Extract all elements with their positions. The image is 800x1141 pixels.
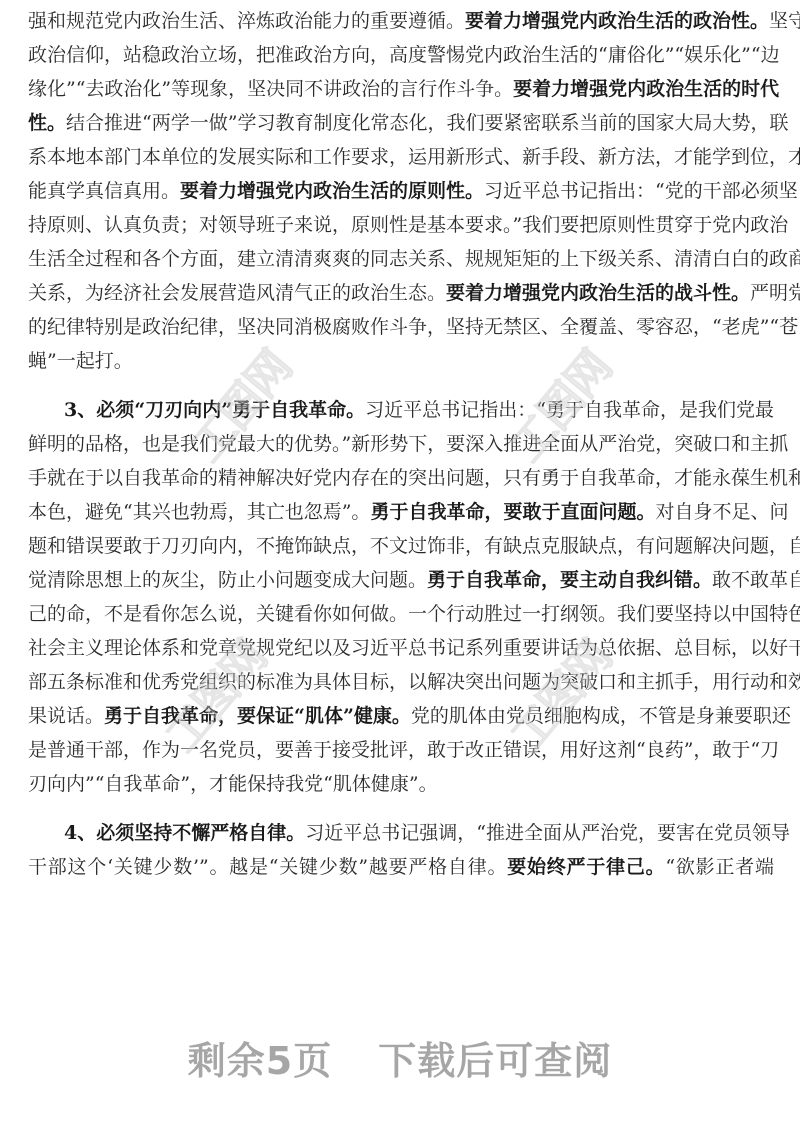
text-line: 能真学真信真用。要着力增强党内政治生活的原则性。习近平总书记指出：“党的干部必须… bbox=[28, 174, 774, 208]
body-text: 习近平总书记指出：“勇于自我革命，是我们党最 bbox=[365, 399, 774, 421]
body-text: 生活全过程和各个方面，建立清清爽爽的同志关系、规规矩矩的上下级关系、清清白白的政… bbox=[28, 248, 800, 270]
text-line: 己的命，不是看你怎么说，关键看你如何做。一个行动胜过一打纲领。我们要坚持以中国特… bbox=[28, 597, 774, 631]
body-text: 强和规范党内政治生活、淬炼政治能力的重要遵循。 bbox=[28, 10, 465, 32]
body-text: 手就在于以自我革命的精神解决好党内存在的突出问题，只有勇于自我革命，才能永葆生机… bbox=[28, 467, 800, 489]
body-text: 题和错误要敢于刀刃向内，不掩饰缺点，不文过饰非，有缺点克服缺点，有问题解决问题，… bbox=[28, 535, 800, 557]
body-text: 蝇”一起打。 bbox=[28, 350, 133, 372]
body-text: 部五条标准和优秀党组织的标准为具体目标，以解决突出问题为突破口和主抓手，用行动和… bbox=[28, 671, 800, 693]
text-line: 部五条标准和优秀党组织的标准为具体目标，以解决突出问题为突破口和主抓手，用行动和… bbox=[28, 665, 774, 699]
body-text: 觉清除思想上的灰尘，防止小问题变成大问题。 bbox=[28, 569, 427, 591]
bold-heading-text: 勇于自我革命，要敢于直面问题。 bbox=[370, 501, 655, 523]
text-line: 觉清除思想上的灰尘，防止小问题变成大问题。勇于自我革命，要主动自我纠错。敢不敢革… bbox=[28, 563, 774, 597]
text-line: 本色，避免“其兴也勃焉，其亡也忽焉”。勇于自我革命，要敢于直面问题。对自身不足、… bbox=[28, 495, 774, 529]
body-text: 结合推进“两学一做”学习教育制度化常态化，我们要紧密联系当前的国家大局大势，联 bbox=[66, 112, 788, 134]
body-text: 能真学真信真用。 bbox=[28, 180, 180, 202]
bold-heading-text: 勇于自我革命，要保证“肌体”健康。 bbox=[104, 705, 411, 727]
bold-heading-text: 要着力增强党内政治生活的原则性。 bbox=[180, 180, 484, 202]
bold-heading-text: 4、必须坚持不懈严格自律。 bbox=[64, 822, 305, 844]
document-body: 强和规范党内政治生活、淬炼政治能力的重要遵循。要着力增强党内政治生活的政治性。坚… bbox=[28, 4, 774, 884]
text-line: 3、必须“刀刃向内”勇于自我革命。习近平总书记指出：“勇于自我革命，是我们党最 bbox=[28, 393, 774, 427]
text-line: 生活全过程和各个方面，建立清清爽爽的同志关系、规规矩矩的上下级关系、清清白白的政… bbox=[28, 242, 774, 276]
body-text: 本色，避免“其兴也勃焉，其亡也忽焉”。 bbox=[28, 501, 370, 523]
text-line: 是普通干部，作为一名党员，要善于接受批评，敢于改正错误，用好这剂“良药”，敢于“… bbox=[28, 733, 774, 767]
body-text: 社会主义理论体系和党章党规党纪以及习近平总书记系列重要讲话为总依据、总目标，以好… bbox=[28, 637, 800, 659]
text-line: 蝇”一起打。 bbox=[28, 344, 774, 378]
body-text: 刃向内”“自我革命”，才能保持我党“肌体健康”。 bbox=[28, 773, 438, 795]
text-line: 关系，为经济社会发展营造风清气正的政治生态。要着力增强党内政治生活的战斗性。严明… bbox=[28, 276, 774, 310]
paragraph: 4、必须坚持不懈严格自律。习近平总书记强调，“推进全面从严治党，要害在党员领导干… bbox=[28, 816, 774, 884]
document-page: 强和规范党内政治生活、淬炼政治能力的重要遵循。要着力增强党内政治生活的政治性。坚… bbox=[0, 0, 800, 1141]
text-line: 持原则、认真负责；对领导班子来说，原则性是基本要求。”我们要把原则性贯穿于党内政… bbox=[28, 208, 774, 242]
body-text: 的纪律特别是政治纪律，坚决同消极腐败作斗争，坚持无禁区、全覆盖、零容忍，“老虎”… bbox=[28, 316, 798, 338]
text-line: 刃向内”“自我革命”，才能保持我党“肌体健康”。 bbox=[28, 767, 774, 801]
body-text: “欲影正者端 bbox=[665, 856, 774, 878]
bold-heading-text: 要着力增强党内政治生活的战斗性。 bbox=[446, 282, 750, 304]
body-text: 鲜明的品格，也是我们党最大的优势。”新形势下，要深入推进全面从严治党，突破口和主… bbox=[28, 433, 788, 455]
bold-heading-text: 要始终严于律己。 bbox=[507, 856, 665, 878]
text-line: 的纪律特别是政治纪律，坚决同消极腐败作斗争，坚持无禁区、全覆盖、零容忍，“老虎”… bbox=[28, 310, 774, 344]
text-line: 社会主义理论体系和党章党规党纪以及习近平总书记系列重要讲话为总依据、总目标，以好… bbox=[28, 631, 774, 665]
remaining-pages-label: 剩余5页 bbox=[188, 1039, 332, 1083]
bold-heading-text: 性。 bbox=[28, 112, 66, 134]
body-text: 果说话。 bbox=[28, 705, 104, 727]
body-text: 持原则、认真负责；对领导班子来说，原则性是基本要求。”我们要把原则性贯穿于党内政… bbox=[28, 214, 788, 236]
body-text: 缘化”“去政治化”等现象，坚决同不讲政治的言行作斗争。 bbox=[28, 78, 513, 100]
text-line: 4、必须坚持不懈严格自律。习近平总书记强调，“推进全面从严治党，要害在党员领导 bbox=[28, 816, 774, 850]
body-text: 是普通干部，作为一名党员，要善于接受批评，敢于改正错误，用好这剂“良药”，敢于“… bbox=[28, 739, 779, 761]
download-banner[interactable]: 剩余5页下载后可查阅 bbox=[0, 1030, 800, 1085]
body-text: 关系，为经济社会发展营造风清气正的政治生态。 bbox=[28, 282, 446, 304]
text-line: 鲜明的品格，也是我们党最大的优势。”新形势下，要深入推进全面从严治党，突破口和主… bbox=[28, 427, 774, 461]
text-line: 手就在于以自我革命的精神解决好党内存在的突出问题，只有勇于自我革命，才能永葆生机… bbox=[28, 461, 774, 495]
paragraph: 强和规范党内政治生活、淬炼政治能力的重要遵循。要着力增强党内政治生活的政治性。坚… bbox=[28, 4, 774, 378]
bold-heading-text: 3、必须“刀刃向内”勇于自我革命。 bbox=[64, 399, 365, 421]
text-line: 系本地本部门本单位的发展实际和工作要求，运用新形式、新手段、新方法，才能学到位，… bbox=[28, 140, 774, 174]
text-line: 缘化”“去政治化”等现象，坚决同不讲政治的言行作斗争。要着力增强党内政治生活的时… bbox=[28, 72, 774, 106]
text-line: 性。结合推进“两学一做”学习教育制度化常态化，我们要紧密联系当前的国家大局大势，… bbox=[28, 106, 774, 140]
download-hint-label: 下载后可查阅 bbox=[378, 1039, 612, 1083]
body-text: 系本地本部门本单位的发展实际和工作要求，运用新形式、新手段、新方法，才能学到位，… bbox=[28, 146, 800, 168]
body-text: 对自身不足、问 bbox=[655, 501, 788, 523]
text-line: 政治信仰，站稳政治立场，把准政治方向，高度警惕党内政治生活的“庸俗化”“娱乐化”… bbox=[28, 38, 774, 72]
body-text: 干部这个‘关键少数’”。越是“关键少数”越要严格自律。 bbox=[28, 856, 507, 878]
text-line: 强和规范党内政治生活、淬炼政治能力的重要遵循。要着力增强党内政治生活的政治性。坚… bbox=[28, 4, 774, 38]
bold-heading-text: 勇于自我革命，要主动自我纠错。 bbox=[427, 569, 712, 591]
text-line: 干部这个‘关键少数’”。越是“关键少数”越要严格自律。要始终严于律己。“欲影正者… bbox=[28, 850, 774, 884]
body-text: 严明党 bbox=[750, 282, 800, 304]
bold-heading-text: 要着力增强党内政治生活的政治性。 bbox=[465, 10, 769, 32]
paragraph: 3、必须“刀刃向内”勇于自我革命。习近平总书记指出：“勇于自我革命，是我们党最鲜… bbox=[28, 393, 774, 801]
body-text: 敢不敢革自 bbox=[712, 569, 800, 591]
body-text: 己的命，不是看你怎么说，关键看你如何做。一个行动胜过一打纲领。我们要坚持以中国特… bbox=[28, 603, 800, 625]
body-text: 坚守 bbox=[769, 10, 800, 32]
body-text: 习近平总书记指出：“党的干部必须坚 bbox=[484, 180, 798, 202]
text-line: 果说话。勇于自我革命，要保证“肌体”健康。党的肌体由党员细胞构成，不管是身兼要职… bbox=[28, 699, 774, 733]
body-text: 习近平总书记强调，“推进全面从严治党，要害在党员领导 bbox=[305, 822, 790, 844]
bold-heading-text: 要着力增强党内政治生活的时代 bbox=[513, 78, 779, 100]
body-text: 政治信仰，站稳政治立场，把准政治方向，高度警惕党内政治生活的“庸俗化”“娱乐化”… bbox=[28, 44, 780, 66]
text-line: 题和错误要敢于刀刃向内，不掩饰缺点，不文过饰非，有缺点克服缺点，有问题解决问题，… bbox=[28, 529, 774, 563]
body-text: 党的肌体由党员细胞构成，不管是身兼要职还 bbox=[411, 705, 791, 727]
